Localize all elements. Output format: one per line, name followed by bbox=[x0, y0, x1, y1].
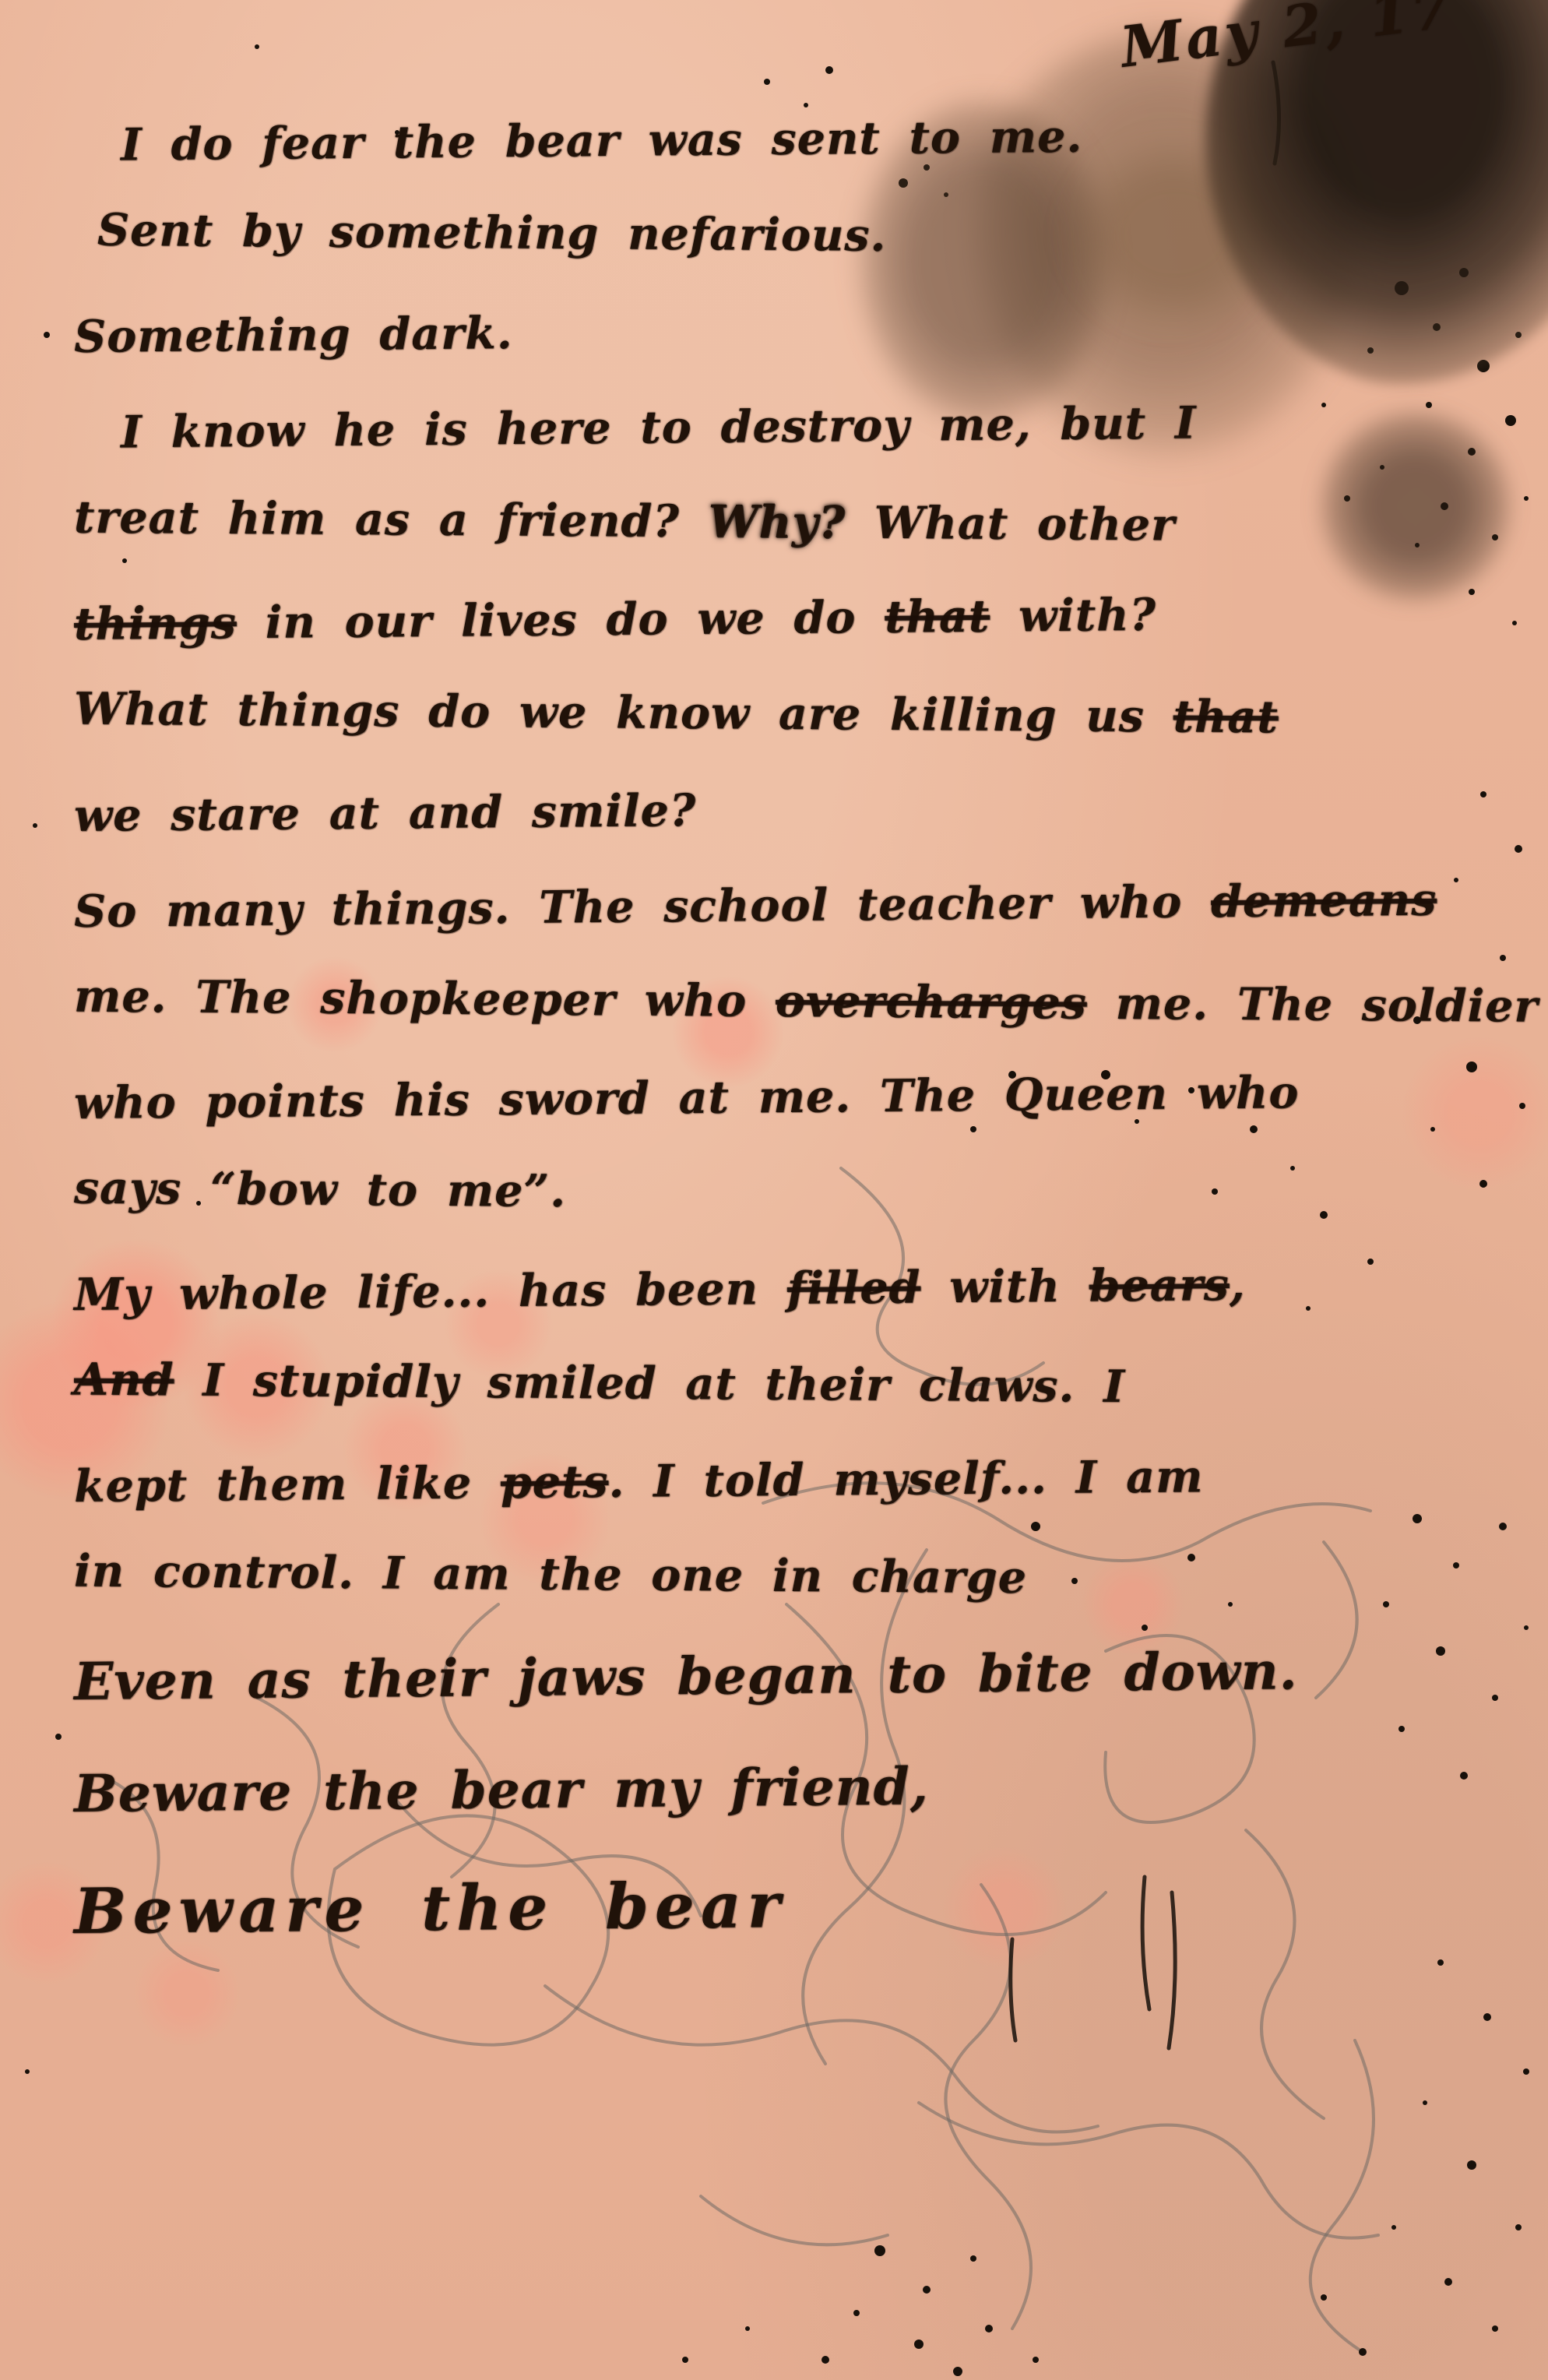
text-segment: , bbox=[1229, 1259, 1245, 1311]
text-segment: Something dark. bbox=[74, 307, 513, 363]
journal-page-photo: { "document": { "date": "May 2, 17", "pa… bbox=[0, 0, 1548, 2380]
paragraph: So many things. The school teacher who d… bbox=[74, 883, 1501, 1215]
handwritten-line: kept them like pets. I told myself... I … bbox=[74, 1452, 1501, 1509]
handwritten-line: things in our lives do we do that with? bbox=[74, 590, 1501, 646]
handwritten-line: I do fear the bear was sent to me. bbox=[74, 111, 1501, 167]
text-segment: says “bow to me”. bbox=[74, 1162, 567, 1217]
handwritten-line: So many things. The school teacher who d… bbox=[74, 877, 1501, 934]
struck-word: things bbox=[74, 597, 237, 650]
text-segment: So many things. The school teacher who bbox=[74, 875, 1212, 938]
text-segment: Beware the bear my friend, bbox=[74, 1755, 929, 1824]
text-segment: I stupidly smiled at their claws. I bbox=[174, 1354, 1125, 1413]
paragraph: I know he is here to destroy me, but Itr… bbox=[74, 404, 1501, 832]
text-segment: in our lives do we do bbox=[237, 591, 885, 649]
text-segment: I know he is here to destroy me, but I bbox=[121, 396, 1197, 458]
handwritten-line: Something dark. bbox=[74, 302, 1501, 359]
struck-word: that bbox=[1173, 690, 1279, 743]
handwritten-line: says “bow to me”. bbox=[74, 1166, 1501, 1220]
handwritten-line: Even as their jaws began to bite down. bbox=[74, 1643, 1502, 1707]
struck-word: pets bbox=[501, 1456, 609, 1509]
handwritten-line: me. The shopkeeper who overcharges me. T… bbox=[74, 974, 1501, 1029]
text-segment: me. The soldier bbox=[1087, 977, 1539, 1033]
paragraph: Beware the bear my friend, bbox=[74, 1762, 1501, 1813]
letter-lines: I do fear the bear was sent to me.Sent b… bbox=[74, 117, 1501, 1936]
text-segment: Even as their jaws began to bite down. bbox=[74, 1640, 1298, 1712]
handwritten-letter: May 2, 17 I do fear the bear was sent to… bbox=[0, 0, 1548, 1987]
text-segment: Beware the bear bbox=[74, 1868, 787, 1948]
handwritten-line: who points his sword at me. The Queen wh… bbox=[74, 1069, 1501, 1125]
paragraph: I do fear the bear was sent to me.Sent b… bbox=[74, 117, 1501, 353]
text-segment: Sent by something nefarious. bbox=[97, 204, 887, 262]
handwritten-line: And I stupidly smiled at their claws. I bbox=[74, 1357, 1501, 1412]
text-segment: kept them like bbox=[74, 1456, 501, 1512]
struck-word: that bbox=[885, 590, 990, 643]
text-segment: with? bbox=[990, 589, 1156, 643]
struck-word: demeans bbox=[1211, 874, 1437, 928]
date-text: May 2, 17 bbox=[1117, 0, 1458, 80]
handwritten-line: Beware the bear my friend, bbox=[74, 1755, 1502, 1819]
text-segment: we stare at and smile? bbox=[74, 784, 697, 842]
struck-word: bears bbox=[1089, 1259, 1230, 1312]
handwritten-line: I know he is here to destroy me, but I bbox=[74, 398, 1501, 455]
paragraph: Beware the bear bbox=[74, 1874, 1501, 1936]
handwritten-line: in control. I am the one in charge bbox=[74, 1549, 1501, 1604]
text-segment: who points his sword at me. The Queen wh… bbox=[74, 1066, 1300, 1129]
text-segment: in control. I am the one in charge bbox=[74, 1545, 1027, 1604]
handwritten-line: What things do we know are killing us th… bbox=[74, 687, 1501, 741]
struck-word: And bbox=[74, 1354, 174, 1407]
struck-word: filled bbox=[787, 1262, 921, 1315]
paragraph: Even as their jaws began to bite down. bbox=[74, 1649, 1501, 1701]
text-segment: What things do we know are killing us bbox=[74, 683, 1173, 743]
struck-word: overcharges bbox=[776, 975, 1087, 1030]
handwritten-line: Sent by something nefarious. bbox=[74, 208, 1501, 262]
handwritten-line: we stare at and smile? bbox=[74, 781, 1501, 838]
text-segment: . I told myself... I am bbox=[608, 1450, 1204, 1508]
text-segment: My whole life... has been bbox=[74, 1262, 787, 1321]
handwritten-line: Beware the bear bbox=[74, 1868, 1502, 1942]
text-segment: me. The shopkeeper who bbox=[74, 970, 776, 1027]
paragraph: My whole life... has been filled with be… bbox=[74, 1266, 1501, 1598]
handwritten-line: My whole life... has been filled with be… bbox=[74, 1260, 1501, 1317]
text-segment: I do fear the bear was sent to me. bbox=[121, 111, 1083, 171]
text-segment: with bbox=[920, 1260, 1089, 1314]
text-segment: treat him as a friend? bbox=[74, 491, 709, 548]
text-segment: What other bbox=[845, 497, 1175, 551]
handwritten-line: treat him as a friend? Why? What other bbox=[74, 495, 1501, 550]
blotted-word: Why? bbox=[708, 495, 845, 548]
